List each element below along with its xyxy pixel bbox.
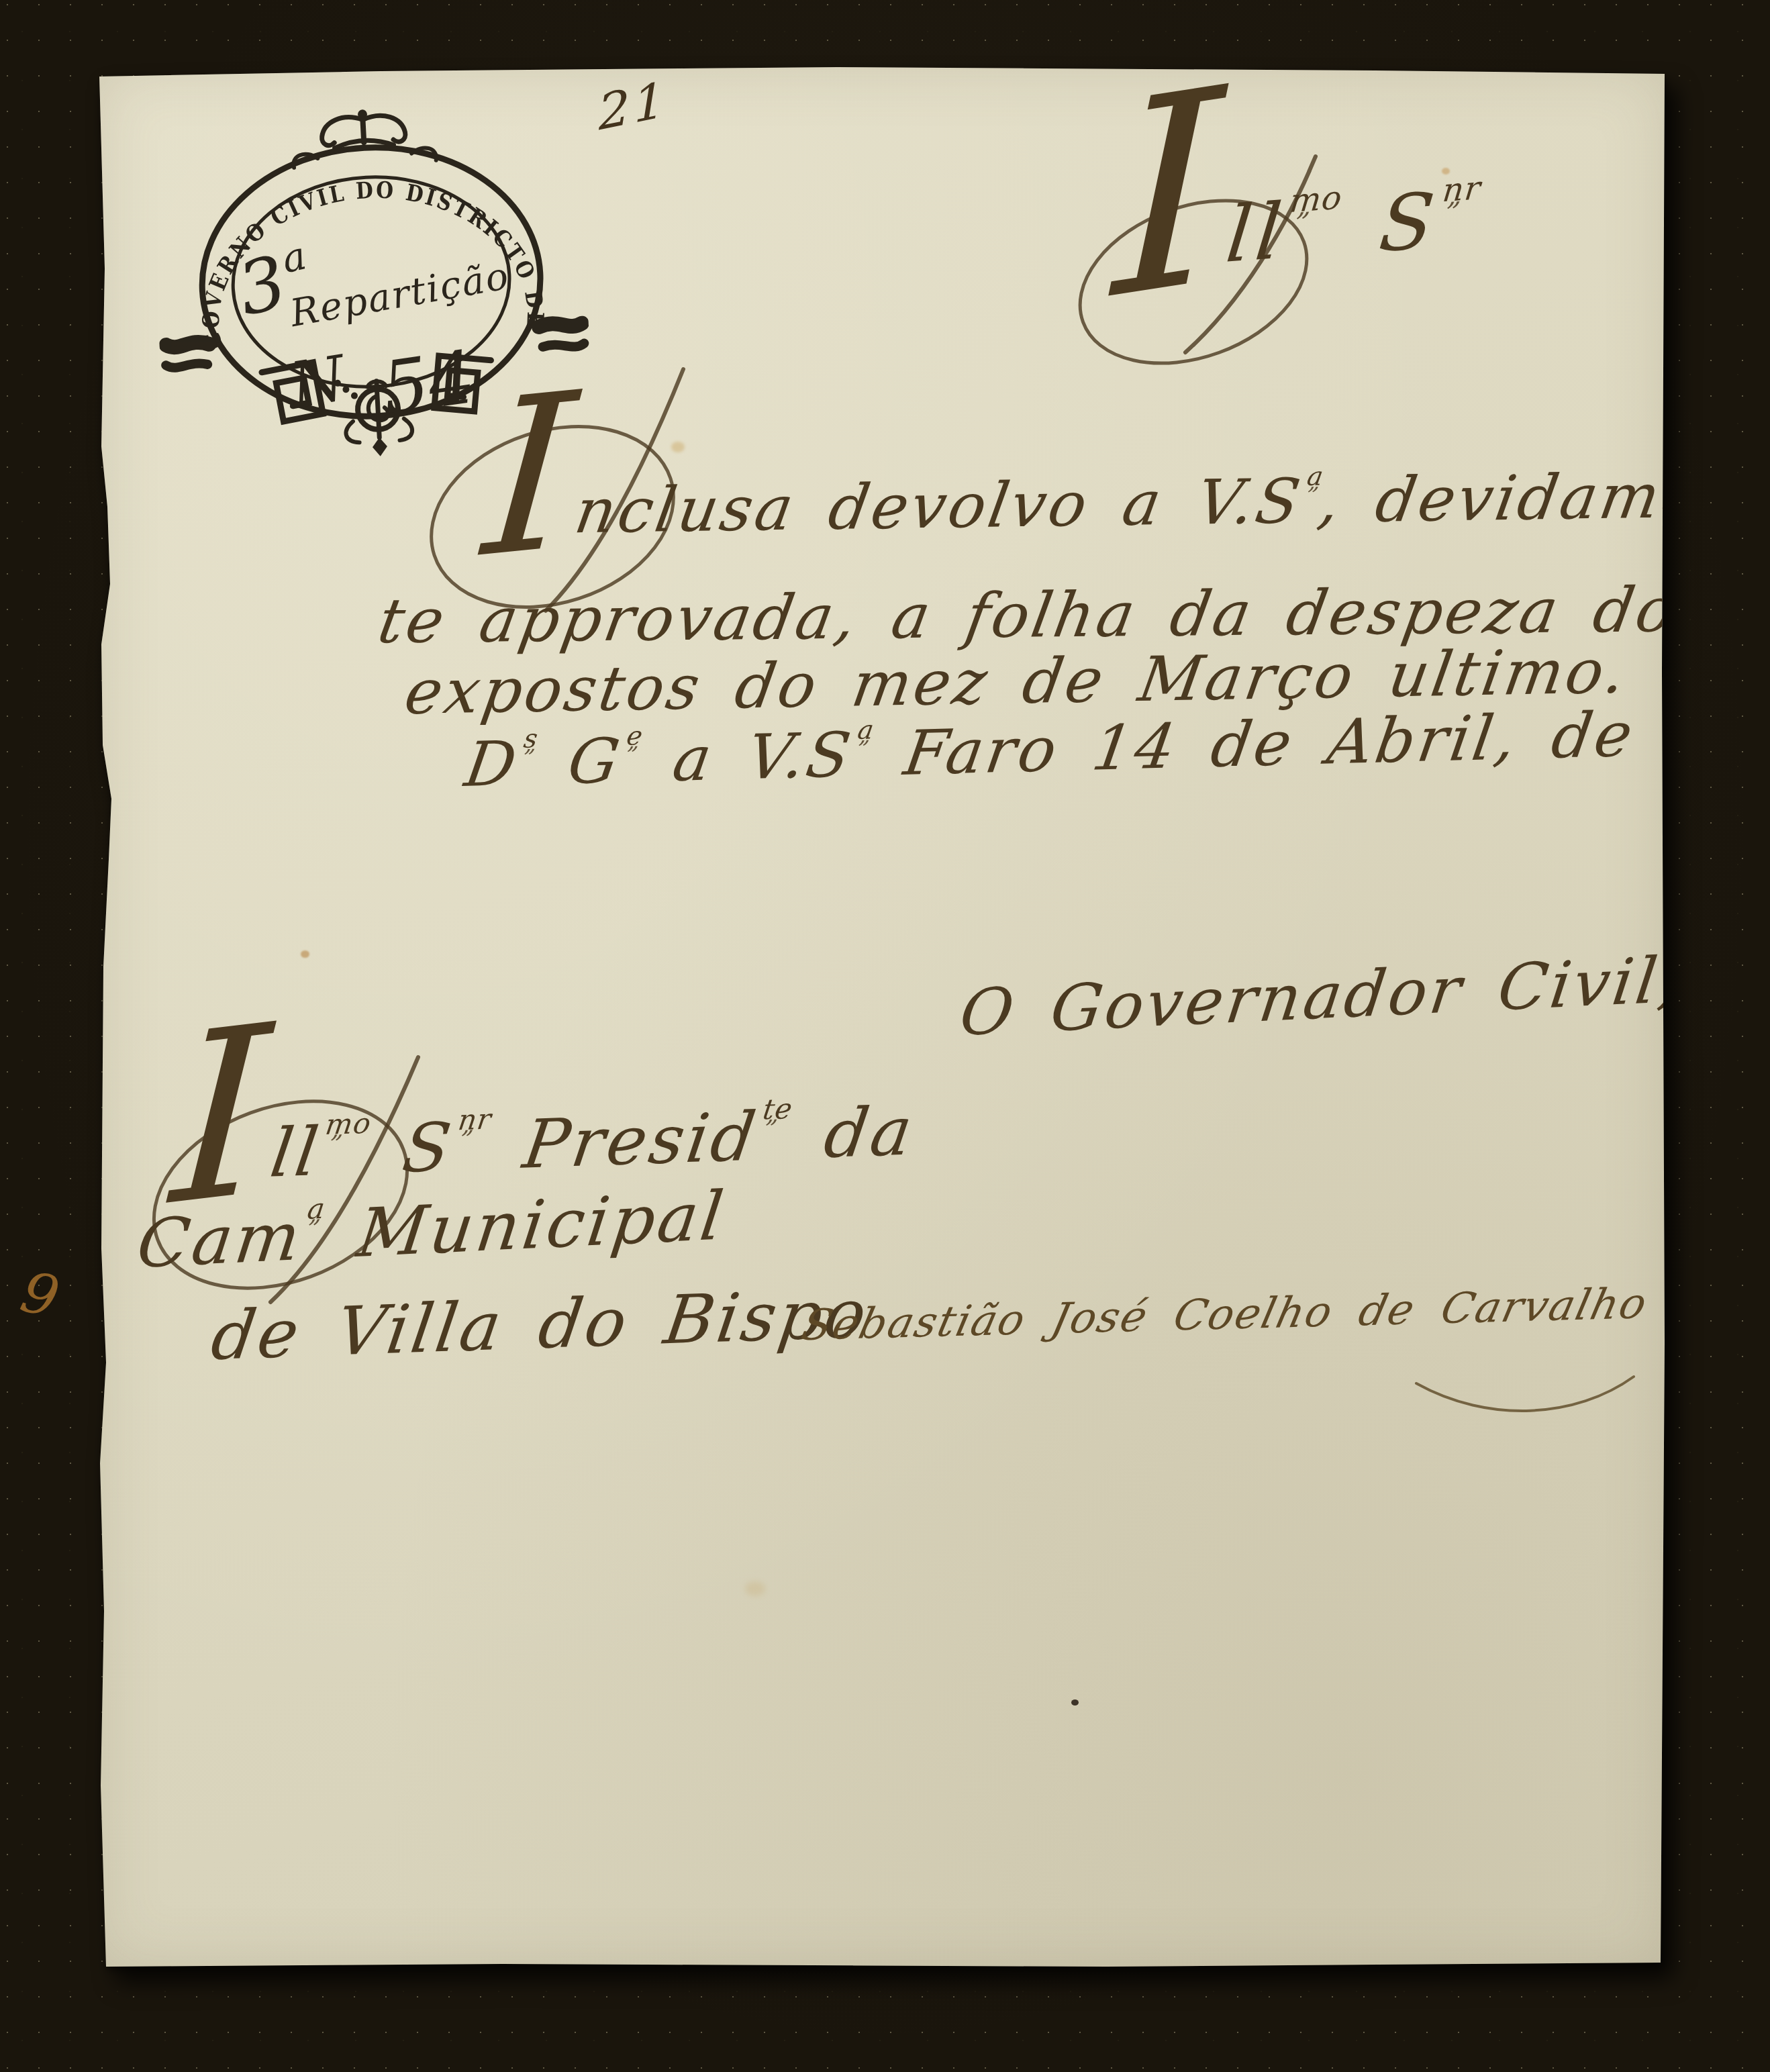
- ink-speck: [1071, 1699, 1079, 1706]
- scanned-document-scene: 9 GOVERNO CIVIL DO DISTRICTO DE FARO: [0, 0, 1770, 2072]
- paper-wrap: GOVERNO CIVIL DO DISTRICTO DE FARO: [99, 67, 1665, 1967]
- foxing-spot-1: [301, 950, 309, 958]
- addressee-line-1: Illmo Snr Presidte da: [163, 1092, 920, 1196]
- foxing-spot-4: [1442, 168, 1450, 175]
- closing-line: O Governador Civil,: [956, 943, 1687, 1050]
- letter-paper: GOVERNO CIVIL DO DISTRICTO DE FARO: [99, 67, 1665, 1967]
- signature-flourish: [1408, 1359, 1650, 1440]
- stamp-number-label: N: [284, 342, 352, 422]
- stamp-number-value: 54: [377, 336, 480, 432]
- foxing-spot-2: [671, 442, 685, 452]
- foxing-spot-3: [745, 1581, 765, 1596]
- margin-mark: 9: [15, 1259, 68, 1332]
- addressee-line-3: de Villa do Bispo: [207, 1274, 874, 1375]
- salutation: Illmo Snr: [1105, 172, 1483, 288]
- signature: Sebastião José Coelho de Carvalho: [797, 1279, 1653, 1350]
- stamp-dept-word: Repartição: [287, 254, 513, 336]
- page-number: 21: [597, 71, 669, 142]
- body-line-1: Inclusa devolvo a V.Sa, devidamen: [475, 459, 1749, 548]
